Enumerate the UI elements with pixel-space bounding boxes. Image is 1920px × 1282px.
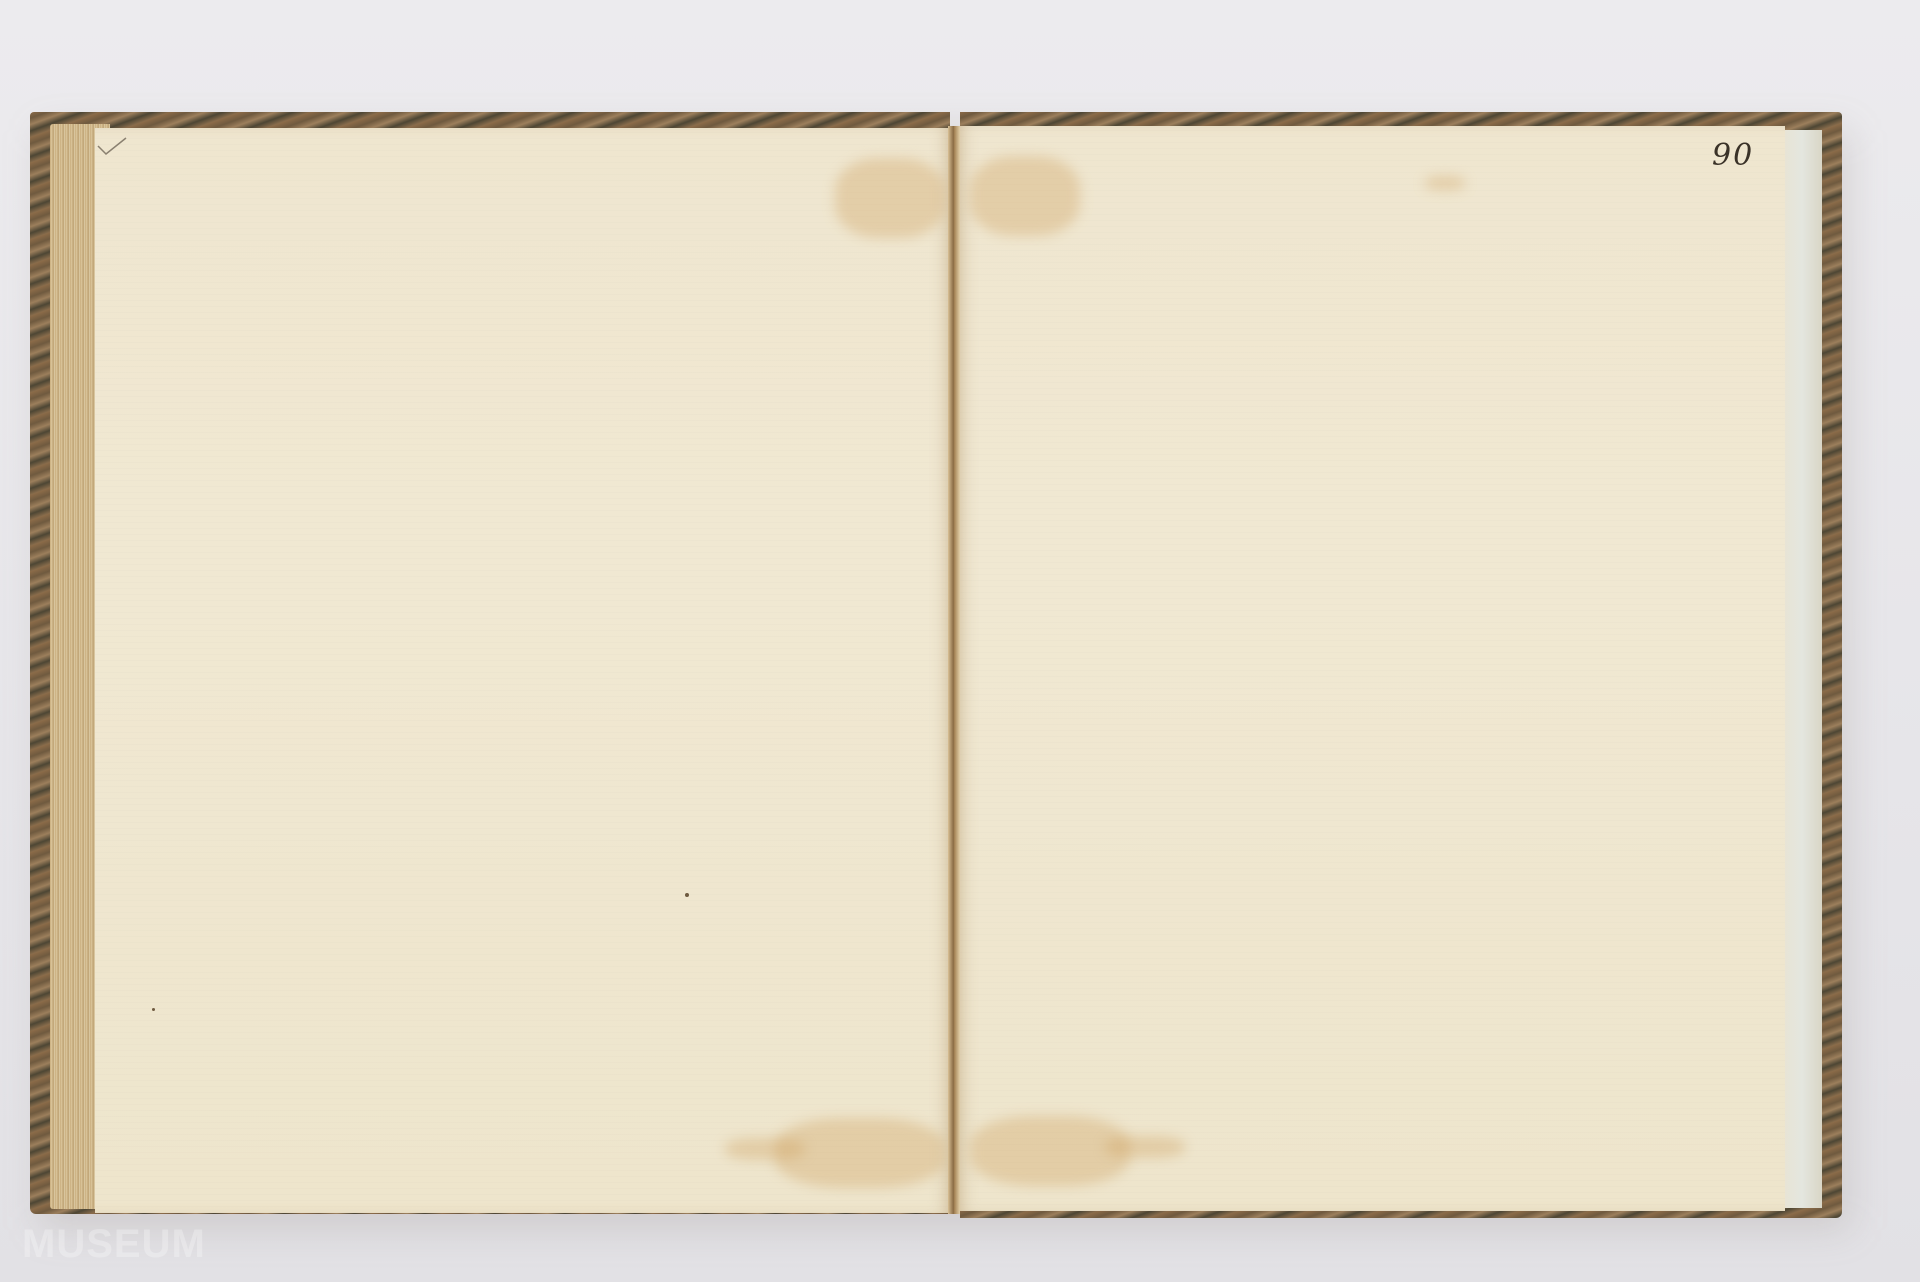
book-gutter [948, 126, 960, 1214]
stain-top-left [835, 158, 945, 238]
speck [685, 893, 689, 897]
stain-small [1425, 176, 1465, 190]
stain-bottom-right-tail [1105, 1136, 1185, 1158]
speck [152, 1008, 155, 1011]
left-page [95, 128, 953, 1213]
page-block-edge-right [1780, 130, 1822, 1208]
notebook-photo: 90 MUSEUM [0, 0, 1920, 1282]
stain-top-right [970, 156, 1080, 236]
stain-bottom-left-tail [725, 1138, 805, 1160]
right-page [955, 126, 1785, 1211]
check-mark-icon [96, 136, 132, 156]
museum-watermark: MUSEUM [22, 1222, 206, 1267]
page-number: 90 [1712, 138, 1754, 173]
